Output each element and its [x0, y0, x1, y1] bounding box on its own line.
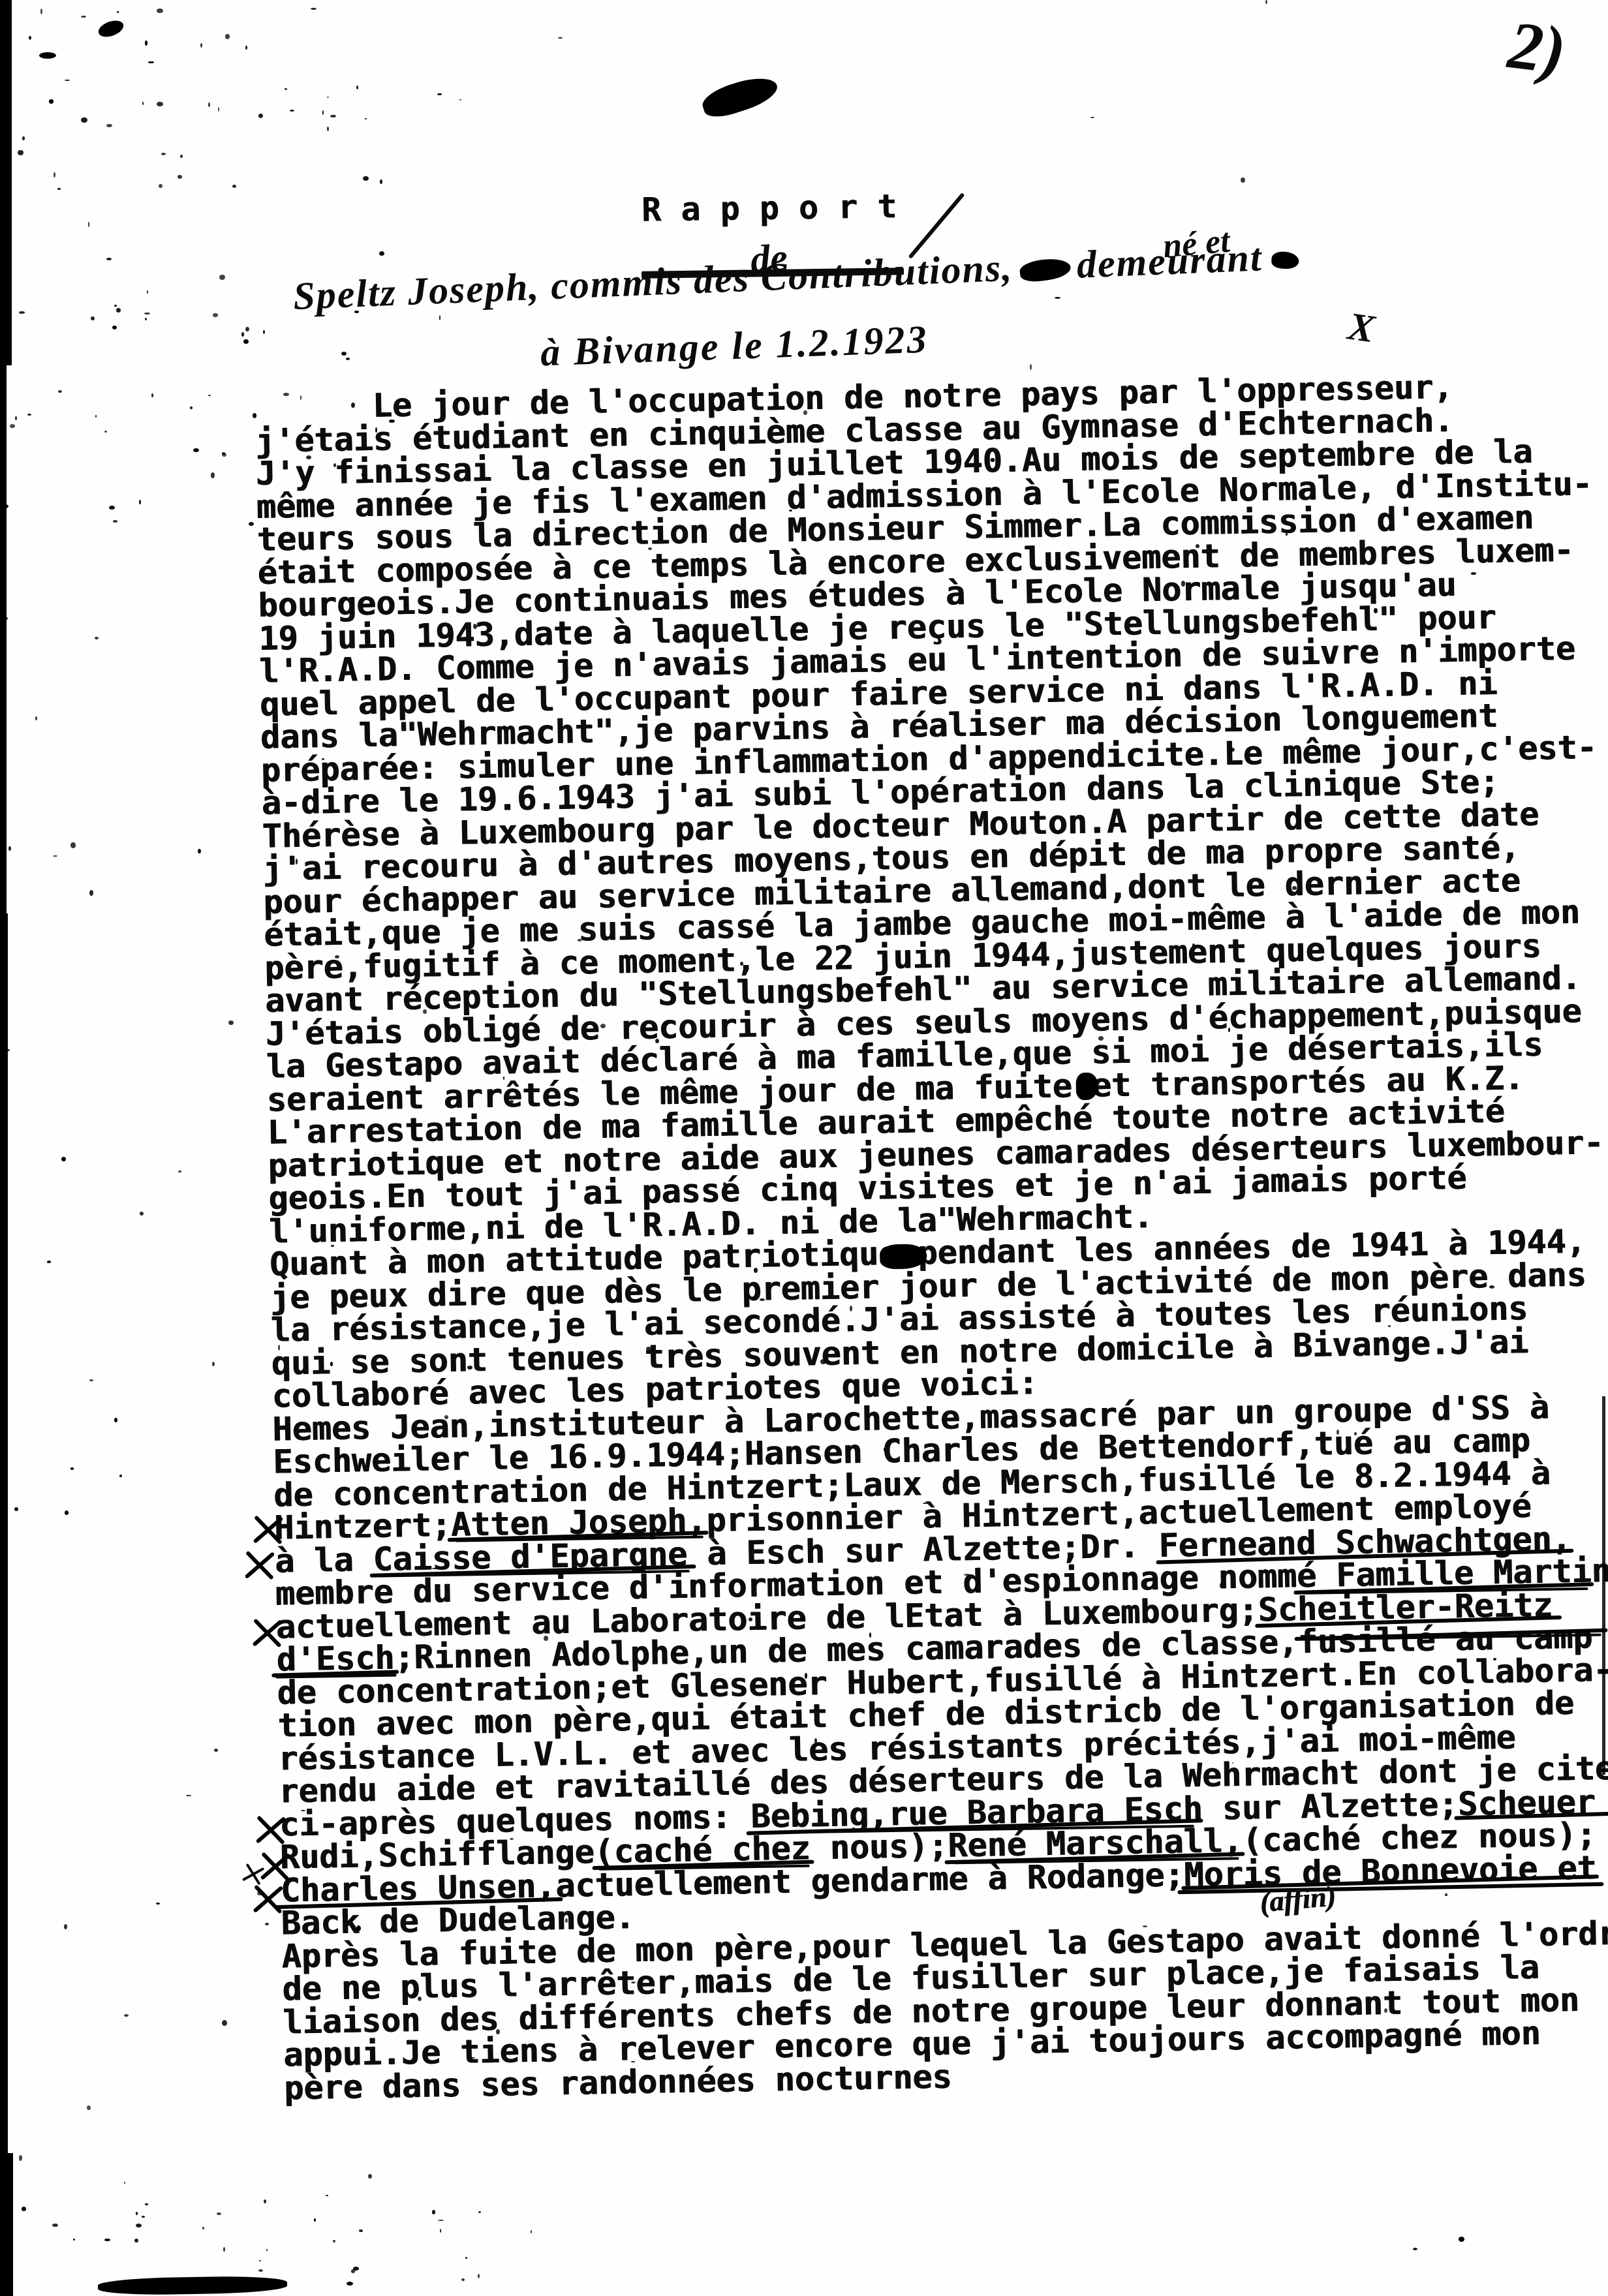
scan-speckle	[95, 637, 99, 639]
scan-speckle	[73, 2239, 75, 2241]
scan-smudge	[39, 52, 56, 59]
scan-speckle	[631, 1982, 636, 1983]
scan-speckle	[258, 2269, 263, 2272]
scan-speckle	[368, 2174, 372, 2179]
scan-speckle	[228, 1020, 234, 1025]
scan-speckle	[326, 2195, 328, 2197]
scan-speckle	[142, 2216, 145, 2218]
scan-speckle	[186, 1795, 191, 1797]
scan-speckle	[283, 393, 289, 396]
scan-speckle	[116, 308, 121, 312]
scan-speckle	[346, 358, 350, 361]
scan-speckle	[117, 11, 119, 13]
scan-speckle	[1231, 748, 1234, 752]
scan-speckle	[178, 1171, 181, 1173]
scan-speckle	[1265, 0, 1267, 4]
scan-speckle	[52, 2224, 58, 2227]
scan-speckle	[245, 46, 247, 50]
scan-speckle	[91, 316, 95, 320]
scan-speckle	[113, 520, 117, 522]
ink-blot-strikeout	[1018, 256, 1071, 284]
scan-speckle	[253, 2287, 256, 2288]
scan-speckle	[136, 2212, 138, 2215]
scan-speckle	[14, 1507, 19, 1512]
scan-smudge	[699, 71, 781, 122]
scan-speckle	[180, 155, 183, 157]
scan-speckle	[356, 1925, 361, 1931]
scan-speckle	[646, 1347, 651, 1351]
header-demeurant-text: demeurant	[1076, 236, 1263, 286]
scan-speckle	[423, 1009, 426, 1014]
scan-speckle	[218, 107, 219, 112]
scan-speckle	[432, 1568, 436, 1569]
scan-speckle	[57, 188, 60, 189]
scan-speckle	[1471, 572, 1477, 575]
scan-speckle	[159, 184, 162, 188]
scan-speckle	[253, 413, 256, 418]
margin-x-mark	[245, 1550, 275, 1578]
scan-speckle	[578, 939, 581, 941]
scan-speckle	[1, 431, 6, 435]
handwritten-header-line1: Speltz Joseph, commis des Contributions,…	[292, 234, 1300, 319]
scan-speckle	[27, 414, 31, 416]
scan-speckle	[109, 506, 116, 510]
scan-speckle	[265, 1923, 269, 1925]
scan-speckle	[139, 500, 140, 505]
scan-speckle	[65, 1510, 69, 1515]
scan-speckle	[64, 1924, 67, 1929]
scan-speckle	[190, 406, 192, 410]
scan-speckle	[600, 1024, 606, 1028]
scan-speckle	[54, 172, 55, 177]
scan-speckle	[814, 1738, 817, 1743]
scan-speckle	[193, 448, 199, 452]
scan-speckle	[266, 2249, 268, 2251]
margin-x-mark	[253, 1514, 284, 1542]
scan-speckle	[1388, 1325, 1391, 1326]
scan-speckle	[648, 547, 651, 550]
scanned-report-page: 2) R a p p o r t de né et Speltz Joseph,…	[0, 0, 1608, 2296]
scan-speckle	[510, 1100, 514, 1103]
scan-speckle	[124, 2014, 129, 2017]
scan-speckle	[646, 2075, 651, 2078]
scan-speckle	[1228, 1028, 1230, 1032]
scan-speckle	[156, 1903, 160, 1905]
scan-speckle	[112, 326, 117, 329]
scan-speckle	[801, 1617, 804, 1620]
scan-speckle	[380, 179, 383, 184]
scan-speckle	[1098, 1036, 1104, 1041]
scan-speckle	[1181, 581, 1185, 586]
scan-speckle	[8, 206, 10, 209]
scan-speckle	[3, 1968, 7, 1971]
scan-speckle	[331, 1245, 333, 1247]
scan-speckle	[300, 395, 301, 400]
scan-speckle	[178, 175, 182, 179]
scan-speckle	[1141, 1160, 1143, 1163]
scan-speckle	[465, 2257, 467, 2259]
scan-speckle	[314, 2218, 316, 2222]
scan-speckle	[264, 2199, 266, 2203]
scan-speckle	[161, 153, 166, 155]
scan-speckle	[1196, 544, 1199, 547]
scan-speckle	[15, 416, 17, 420]
scan-speckle	[440, 2229, 441, 2233]
scan-speckle	[1030, 364, 1032, 370]
scan-speckle	[627, 1068, 632, 1070]
scan-speckle	[327, 97, 329, 98]
scan-speckle	[49, 99, 54, 104]
scan-speckle	[222, 2020, 227, 2026]
scan-speckle	[365, 118, 367, 119]
scan-speckle	[89, 890, 93, 896]
scan-speckle	[95, 415, 97, 418]
scan-speckle	[1374, 608, 1378, 613]
scan-speckle	[356, 85, 358, 89]
scan-speckle	[10, 424, 14, 428]
scan-speckle	[432, 2210, 435, 2214]
scan-speckle	[53, 855, 57, 857]
scan-speckle	[322, 110, 324, 115]
scan-speckle	[444, 1415, 448, 1420]
scan-speckle	[363, 176, 369, 181]
scan-speckle	[211, 472, 215, 478]
margin-x-mark	[253, 1618, 283, 1646]
scan-speckle	[65, 80, 70, 82]
scan-edge-artifact	[0, 913, 8, 2296]
scan-speckle	[347, 2282, 352, 2286]
scan-speckle	[70, 1467, 74, 1469]
scan-speckle	[820, 1359, 826, 1364]
scan-smudge	[96, 18, 125, 40]
scan-speckle	[964, 1574, 969, 1576]
scan-speckle	[241, 332, 244, 337]
scan-speckle	[861, 1824, 865, 1826]
scan-speckle	[1459, 2237, 1464, 2242]
scan-speckle	[1169, 1809, 1172, 1814]
scan-speckle	[89, 1379, 93, 1381]
scan-speckle	[330, 1362, 333, 1366]
margin-x-mark	[242, 1863, 265, 1884]
scan-speckle	[923, 1503, 928, 1504]
scan-speckle	[3, 617, 8, 620]
scan-speckle	[723, 1182, 726, 1186]
scan-speckle	[0, 2079, 1, 2083]
scan-speckle	[208, 395, 211, 396]
scan-speckle	[3, 504, 8, 508]
scan-speckle	[461, 2278, 465, 2281]
scan-speckle	[61, 1157, 66, 1161]
scan-edge-artifact	[0, 0, 12, 365]
scan-speckle	[580, 538, 582, 540]
scan-speckle	[1384, 2008, 1387, 2013]
scan-speckle	[341, 352, 347, 356]
scan-speckle	[258, 114, 263, 118]
margin-x-mark	[253, 1884, 284, 1912]
scan-edge-artifact	[1, 365, 7, 953]
scan-speckle	[243, 339, 248, 344]
scan-speckle	[655, 1039, 659, 1043]
scan-speckle	[58, 390, 62, 393]
scan-speckle	[335, 955, 339, 958]
scan-speckle	[754, 1268, 758, 1273]
scan-speckle	[510, 1838, 514, 1840]
scan-speckle	[1090, 117, 1094, 118]
scan-speckle	[1493, 1658, 1496, 1661]
scan-speckle	[478, 2274, 480, 2278]
scan-speckle	[145, 40, 147, 45]
scan-speckle	[106, 258, 112, 260]
scan-speckle	[333, 2240, 335, 2242]
scan-speckle	[327, 127, 329, 131]
scan-speckle	[478, 2211, 481, 2213]
header-name-text: Speltz Joseph, commis des Contributions,	[292, 246, 1013, 318]
scan-speckle	[114, 1418, 117, 1422]
scan-speckle	[803, 410, 807, 416]
scan-speckle	[749, 1617, 752, 1621]
scan-speckle	[232, 185, 236, 188]
scan-speckle	[1399, 1111, 1401, 1115]
scan-speckle	[214, 1749, 218, 1752]
scan-speckle	[147, 290, 148, 293]
scan-speckle	[212, 1362, 215, 1366]
scan-speckle	[18, 150, 24, 155]
scan-speckle	[375, 427, 377, 432]
scan-speckle	[104, 2239, 110, 2241]
scan-speckle	[223, 2247, 226, 2252]
scan-speckle	[151, 393, 153, 397]
ink-blot-strikeout	[1271, 251, 1300, 270]
handwritten-header-line2: à Bivange le 1.2.1923	[540, 317, 929, 376]
scan-speckle	[249, 522, 254, 526]
scan-speckle	[213, 313, 217, 317]
scan-speckle	[81, 16, 86, 18]
scan-speckle	[439, 315, 441, 320]
margin-x-mark	[260, 1851, 291, 1879]
scan-speckle	[198, 849, 200, 853]
scan-speckle	[362, 473, 363, 476]
scan-speckle	[88, 222, 90, 227]
scan-edge-artifact	[0, 2153, 13, 2296]
handwritten-marginal-note: (affin)	[1259, 1880, 1337, 1919]
scan-speckle	[1337, 1430, 1339, 1435]
scan-speckle	[19, 2155, 22, 2161]
scan-speckle	[145, 2203, 148, 2205]
scan-speckle	[285, 88, 287, 90]
scan-speckle	[895, 1255, 899, 1259]
scan-speckle	[351, 403, 355, 408]
scan-speckle	[1489, 1285, 1494, 1289]
scan-speckle	[921, 1018, 924, 1021]
scan-speckle	[200, 43, 202, 48]
scan-speckle	[134, 2239, 138, 2242]
scan-speckle	[259, 2260, 261, 2261]
scan-speckle	[124, 2182, 125, 2184]
scan-speckle	[104, 431, 108, 433]
scan-speckle	[1220, 1583, 1222, 1588]
scan-speckle	[22, 136, 25, 141]
handwritten-page-number: 2)	[1504, 6, 1569, 90]
handwritten-x-mark: X	[1345, 304, 1377, 352]
scan-speckle	[726, 1974, 729, 1980]
margin-x-mark	[256, 1814, 286, 1843]
scan-speckle	[459, 99, 461, 101]
scan-speckle	[728, 504, 730, 509]
scan-speckle	[245, 327, 249, 331]
scan-speckle	[87, 2105, 91, 2110]
page-title: R a p p o r t	[642, 189, 897, 227]
scan-speckle	[263, 330, 265, 334]
scan-speckle	[8, 846, 11, 851]
scan-speckle	[1041, 1443, 1046, 1448]
scan-speckle	[1143, 1925, 1147, 1927]
typed-body: Le jour de l'occupation de notre pays pa…	[255, 367, 1608, 2105]
scan-speckle	[1, 1684, 5, 1689]
scan-speckle	[1286, 533, 1288, 536]
scan-speckle	[19, 311, 25, 313]
scan-speckle	[296, 859, 298, 864]
scan-speckle	[565, 1918, 568, 1923]
scan-speckle	[311, 8, 317, 10]
scan-speckle	[217, 2212, 221, 2215]
scan-speckle	[1232, 1762, 1233, 1764]
scan-speckle	[40, 8, 42, 14]
scan-speckle	[1413, 2248, 1417, 2250]
scan-speckle	[140, 1212, 144, 1216]
scan-speckle	[106, 124, 112, 127]
scan-speckle	[157, 8, 163, 13]
scan-speckle	[145, 318, 146, 320]
scan-speckle	[290, 110, 294, 112]
scan-speckle	[351, 2269, 355, 2273]
scan-speckle	[437, 93, 442, 95]
scan-speckle	[531, 2230, 532, 2233]
scan-speckle	[144, 313, 151, 315]
scan-speckle	[330, 115, 337, 118]
scan-speckle	[225, 34, 230, 38]
scan-speckle	[119, 1475, 121, 1477]
scan-speckle	[157, 102, 163, 107]
scan-speckle	[1055, 297, 1060, 299]
scan-smudge	[98, 2275, 287, 2295]
scan-speckle	[438, 2220, 444, 2221]
scan-speckle	[359, 2229, 363, 2231]
scan-speckle	[354, 311, 358, 313]
scan-speckle	[29, 36, 32, 39]
scan-speckle	[1445, 1893, 1447, 1895]
scan-speckle	[1292, 886, 1297, 890]
scan-speckle	[22, 2207, 26, 2211]
scan-speckle	[81, 117, 87, 123]
scan-speckle	[47, 1261, 52, 1263]
scan-speckle	[202, 2227, 204, 2229]
scan-edge-artifact	[1602, 1396, 1605, 1775]
scan-speckle	[805, 1673, 807, 1678]
scan-speckle	[114, 305, 117, 307]
scan-speckle	[142, 102, 144, 105]
scan-speckle	[148, 61, 155, 63]
scan-speckle	[35, 716, 37, 720]
scan-speckle	[760, 1298, 765, 1301]
scan-speckle	[70, 842, 75, 848]
scan-speckle	[219, 275, 225, 280]
scan-speckle	[832, 1186, 835, 1189]
scan-speckle	[136, 2224, 142, 2227]
scan-speckle	[558, 37, 563, 38]
scan-speckle	[208, 102, 210, 107]
scan-speckle	[322, 758, 324, 760]
scan-speckle	[1241, 177, 1245, 183]
scan-speckle	[379, 251, 384, 256]
scan-speckle	[5, 1049, 10, 1051]
scan-speckle	[1354, 1432, 1357, 1436]
scan-speckle	[496, 2029, 500, 2034]
